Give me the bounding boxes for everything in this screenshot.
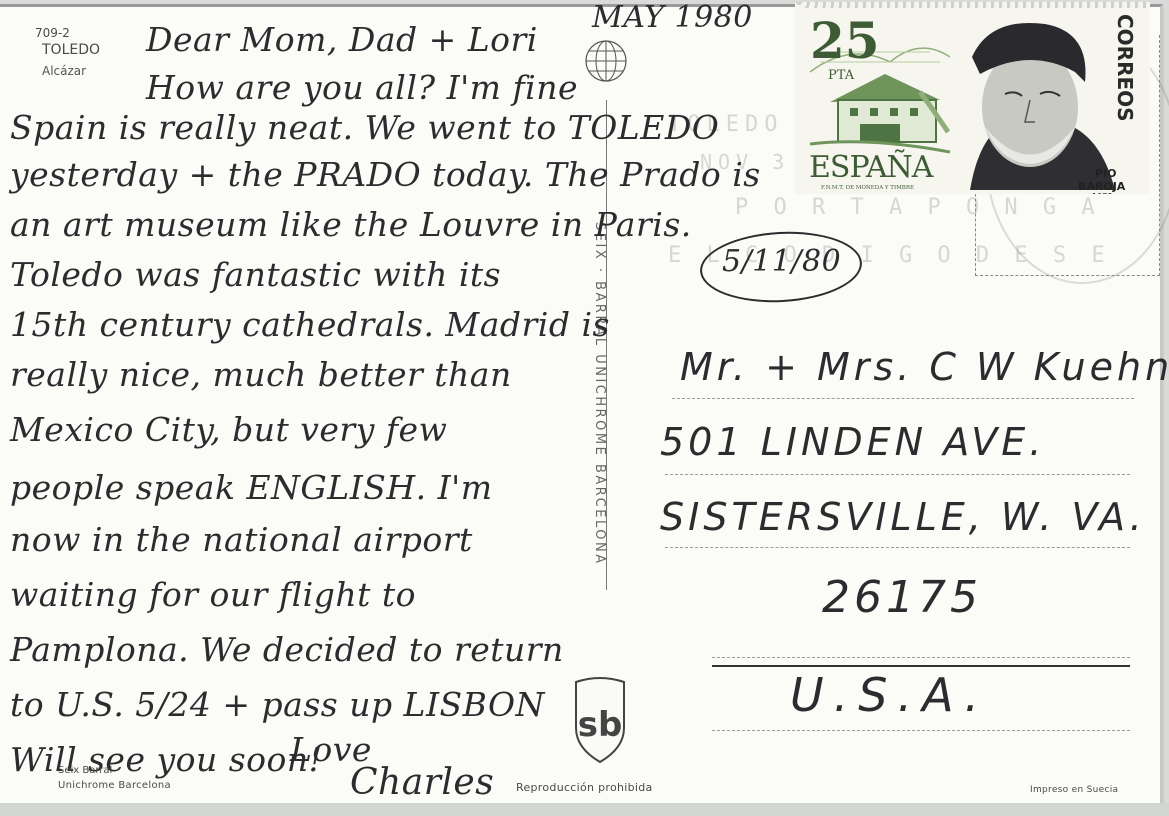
message-line: yesterday + the PRADO today. The Prado i… — [10, 155, 761, 194]
message-line: Pamplona. We decided to return — [10, 630, 564, 669]
scan-background — [0, 803, 1169, 816]
address-guide-line — [665, 547, 1130, 548]
caption-city: TOLEDO — [42, 42, 100, 58]
vertical-imprint: SEIX · BARRAL UNICHROME BARCELONA — [592, 222, 607, 566]
message-line: now in the national airport — [10, 520, 473, 559]
publisher-shield-logo-icon: sb — [572, 676, 628, 764]
printed-in-notice: Impreso en Suecia — [1030, 785, 1118, 795]
message-line: really nice, much better than — [10, 355, 512, 394]
message-line: Mexico City, but very few — [10, 410, 447, 449]
address-street: 501 LINDEN AVE. — [660, 420, 1045, 464]
publisher-location: Unichrome Barcelona — [58, 780, 171, 791]
reproduction-notice: Reproducción prohibida — [516, 781, 653, 794]
address-guide-line — [712, 730, 1130, 731]
message-line: an art museum like the Louvre in Paris. — [10, 205, 692, 244]
message-line: 15th century cathedrals. Madrid is — [10, 305, 610, 344]
handwritten-date: MAY 1980 — [592, 0, 753, 35]
address-city-state: SISTERSVILLE, W. VA. — [660, 495, 1146, 539]
stamp-mint-text: F.N.M.T. DE MONEDA Y TIMBRE — [821, 185, 914, 191]
message-line: waiting for our flight to — [10, 575, 416, 614]
address-guide-line — [712, 657, 1130, 658]
address-underline — [712, 665, 1130, 667]
stamp-service-label: CORREOS — [1113, 14, 1137, 122]
stamp-perforation — [795, 2, 1150, 8]
message-line: Toledo was fantastic with its — [10, 255, 501, 294]
publisher-name: Seix Barral — [58, 765, 112, 776]
stamp-country: ESPAÑA — [809, 150, 932, 185]
message-line: Will see you soon! — [10, 740, 322, 779]
svg-text:sb: sb — [578, 705, 623, 745]
stamp-currency: PTA — [828, 68, 854, 83]
message-line: Spain is really neat. We went to TOLEDO — [10, 108, 719, 147]
address-country: U.S.A. — [790, 668, 989, 722]
globe-icon — [583, 38, 629, 84]
message-line: to U.S. 5/24 + pass up LISBON — [10, 685, 545, 724]
postage-stamp: 25 PTA ESPAÑA F.N.M.T. DE MONEDA Y TIMBR… — [795, 2, 1150, 194]
address-guide-line — [665, 474, 1130, 475]
message-line: Dear Mom, Dad + Lori — [146, 20, 538, 59]
message-line: people speak ENGLISH. I'm — [10, 468, 493, 507]
circled-date: 5/11/80 — [722, 244, 841, 279]
stamp-year: 1978 — [1092, 192, 1112, 194]
stamp-value: 25 — [810, 16, 880, 66]
address-guide-line — [672, 398, 1134, 399]
address-zip: 26175 — [822, 572, 982, 623]
message-signature: Charles — [350, 762, 494, 803]
message-line: How are you all? I'm fine — [146, 68, 578, 107]
caption-subject: Alcázar — [42, 64, 86, 78]
stamp-subject-first-name: PIO — [1095, 167, 1117, 180]
card-number: 709-2 — [35, 26, 70, 40]
portrait-illustration-icon — [950, 12, 1115, 190]
address-recipient: Mr. + Mrs. C W Kuehne — [680, 345, 1169, 389]
